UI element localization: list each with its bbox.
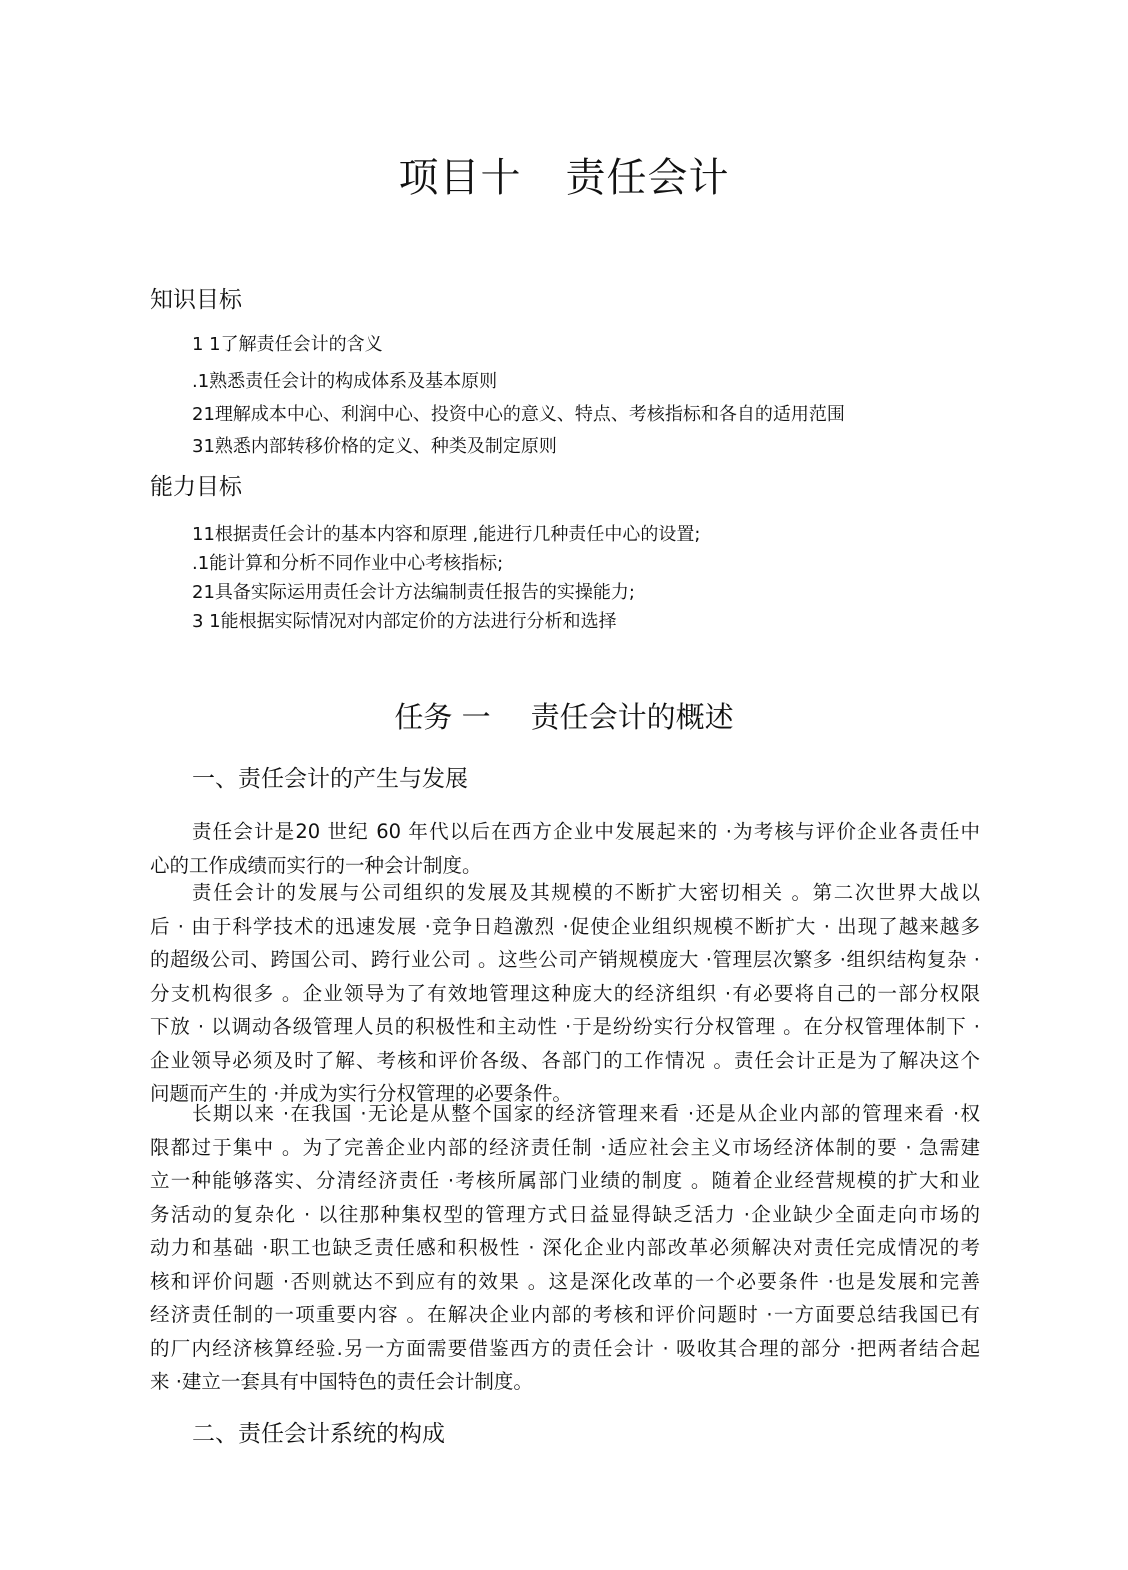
title-part-1: 项目十	[399, 155, 522, 201]
paragraph: 长期以来 ·在我国 ·无论是从整个国家的经济管理来看 ·还是从企业内部的管理来看…	[150, 1097, 980, 1399]
ability-goal-item: 21具备实际运用责任会计方法编制责任报告的实操能力;	[192, 580, 635, 606]
paragraph: 责任会计是20 世纪 60 年代以后在西方企业中发展起来的 ·为考核与评价企业各…	[150, 815, 980, 882]
paragraph-line: 限都过于集中 。为了完善企业内部的经济责任制 ·适应社会主义市场经济体制的要 ·…	[150, 1131, 980, 1165]
paragraph-line: 立一种能够落实、分清经济责任 ·考核所属部门业绩的制度 。随着企业经营规模的扩大…	[150, 1164, 980, 1198]
knowledge-goal-item: .1熟悉责任会计的构成体系及基本原则	[192, 369, 497, 395]
paragraph-line: 企业领导必须及时了解、考核和评价各级、各部门的工作情况 。责任会计正是为了解决这…	[150, 1044, 980, 1078]
paragraph-line: 下放 · 以调动各级管理人员的积极性和主动性 ·于是纷纷实行分权管理 。在分权管…	[150, 1010, 980, 1044]
paragraph-line: 动力和基础 ·职工也缺乏责任感和积极性 · 深化企业内部改革必须解决对责任完成情…	[150, 1231, 980, 1265]
paragraph-line: 来 ·建立一套具有中国特色的责任会计制度。	[150, 1365, 980, 1399]
section-1-heading: 一、责任会计的产生与发展	[192, 763, 468, 795]
task-title-part-1: 任务 一	[394, 700, 490, 734]
knowledge-goal-item: 21理解成本中心、利润中心、投资中心的意义、特点、考核指标和各自的适用范围	[192, 402, 845, 428]
knowledge-goal-item: 31熟悉内部转移价格的定义、种类及制定原则	[192, 434, 557, 460]
paragraph-line: 责任会计的发展与公司组织的发展及其规模的不断扩大密切相关 。第二次世界大战以	[150, 876, 980, 910]
paragraph-line: 的厂内经济核算经验.另一方面需要借鉴西方的责任会计 · 吸收其合理的部分 ·把两…	[150, 1332, 980, 1366]
paragraph-line: 分支机构很多 。企业领导为了有效地管理这种庞大的经济组织 ·有必要将自己的一部分…	[150, 977, 980, 1011]
knowledge-goal-item: 1 1了解责任会计的含义	[192, 332, 383, 358]
paragraph: 责任会计的发展与公司组织的发展及其规模的不断扩大密切相关 。第二次世界大战以 后…	[150, 876, 980, 1111]
paragraph-line: 责任会计是20 世纪 60 年代以后在西方企业中发展起来的 ·为考核与评价企业各…	[150, 815, 980, 849]
ability-goal-item: 3 1能根据实际情况对内部定价的方法进行分析和选择	[192, 609, 617, 635]
title-part-2: 责任会计	[566, 155, 730, 201]
section-2-heading: 二、责任会计系统的构成	[192, 1418, 445, 1450]
ability-goal-item: .1能计算和分析不同作业中心考核指标;	[192, 551, 503, 577]
ability-goals-heading: 能力目标	[150, 471, 242, 503]
paragraph-line: 的超级公司、跨国公司、跨行业公司 。这些公司产销规模庞大 ·管理层次繁多 ·组织…	[150, 943, 980, 977]
ability-goal-item: 11根据责任会计的基本内容和原理 ,能进行几种责任中心的设置;	[192, 522, 700, 548]
knowledge-goals-heading: 知识目标	[150, 284, 242, 316]
paragraph-line: 后 · 由于科学技术的迅速发展 ·竞争日趋激烈 ·促使企业组织规模不断扩大 · …	[150, 910, 980, 944]
task-title-part-2: 责任会计的概述	[531, 700, 734, 734]
paragraph-line: 务活动的复杂化 · 以往那种集权型的管理方式日益显得缺乏活力 ·企业缺少全面走向…	[150, 1198, 980, 1232]
document-page: 项目十责任会计 知识目标 1 1了解责任会计的含义 .1熟悉责任会计的构成体系及…	[0, 0, 1128, 1570]
paragraph-line: 核和评价问题 ·否则就达不到应有的效果 。这是深化改革的一个必要条件 ·也是发展…	[150, 1265, 980, 1299]
paragraph-line: 长期以来 ·在我国 ·无论是从整个国家的经济管理来看 ·还是从企业内部的管理来看…	[150, 1097, 980, 1131]
paragraph-line: 经济责任制的一项重要内容 。在解决企业内部的考核和评价问题时 ·一方面要总结我国…	[150, 1298, 980, 1332]
document-title: 项目十责任会计	[0, 150, 1128, 206]
task-title: 任务 一责任会计的概述	[0, 697, 1128, 737]
